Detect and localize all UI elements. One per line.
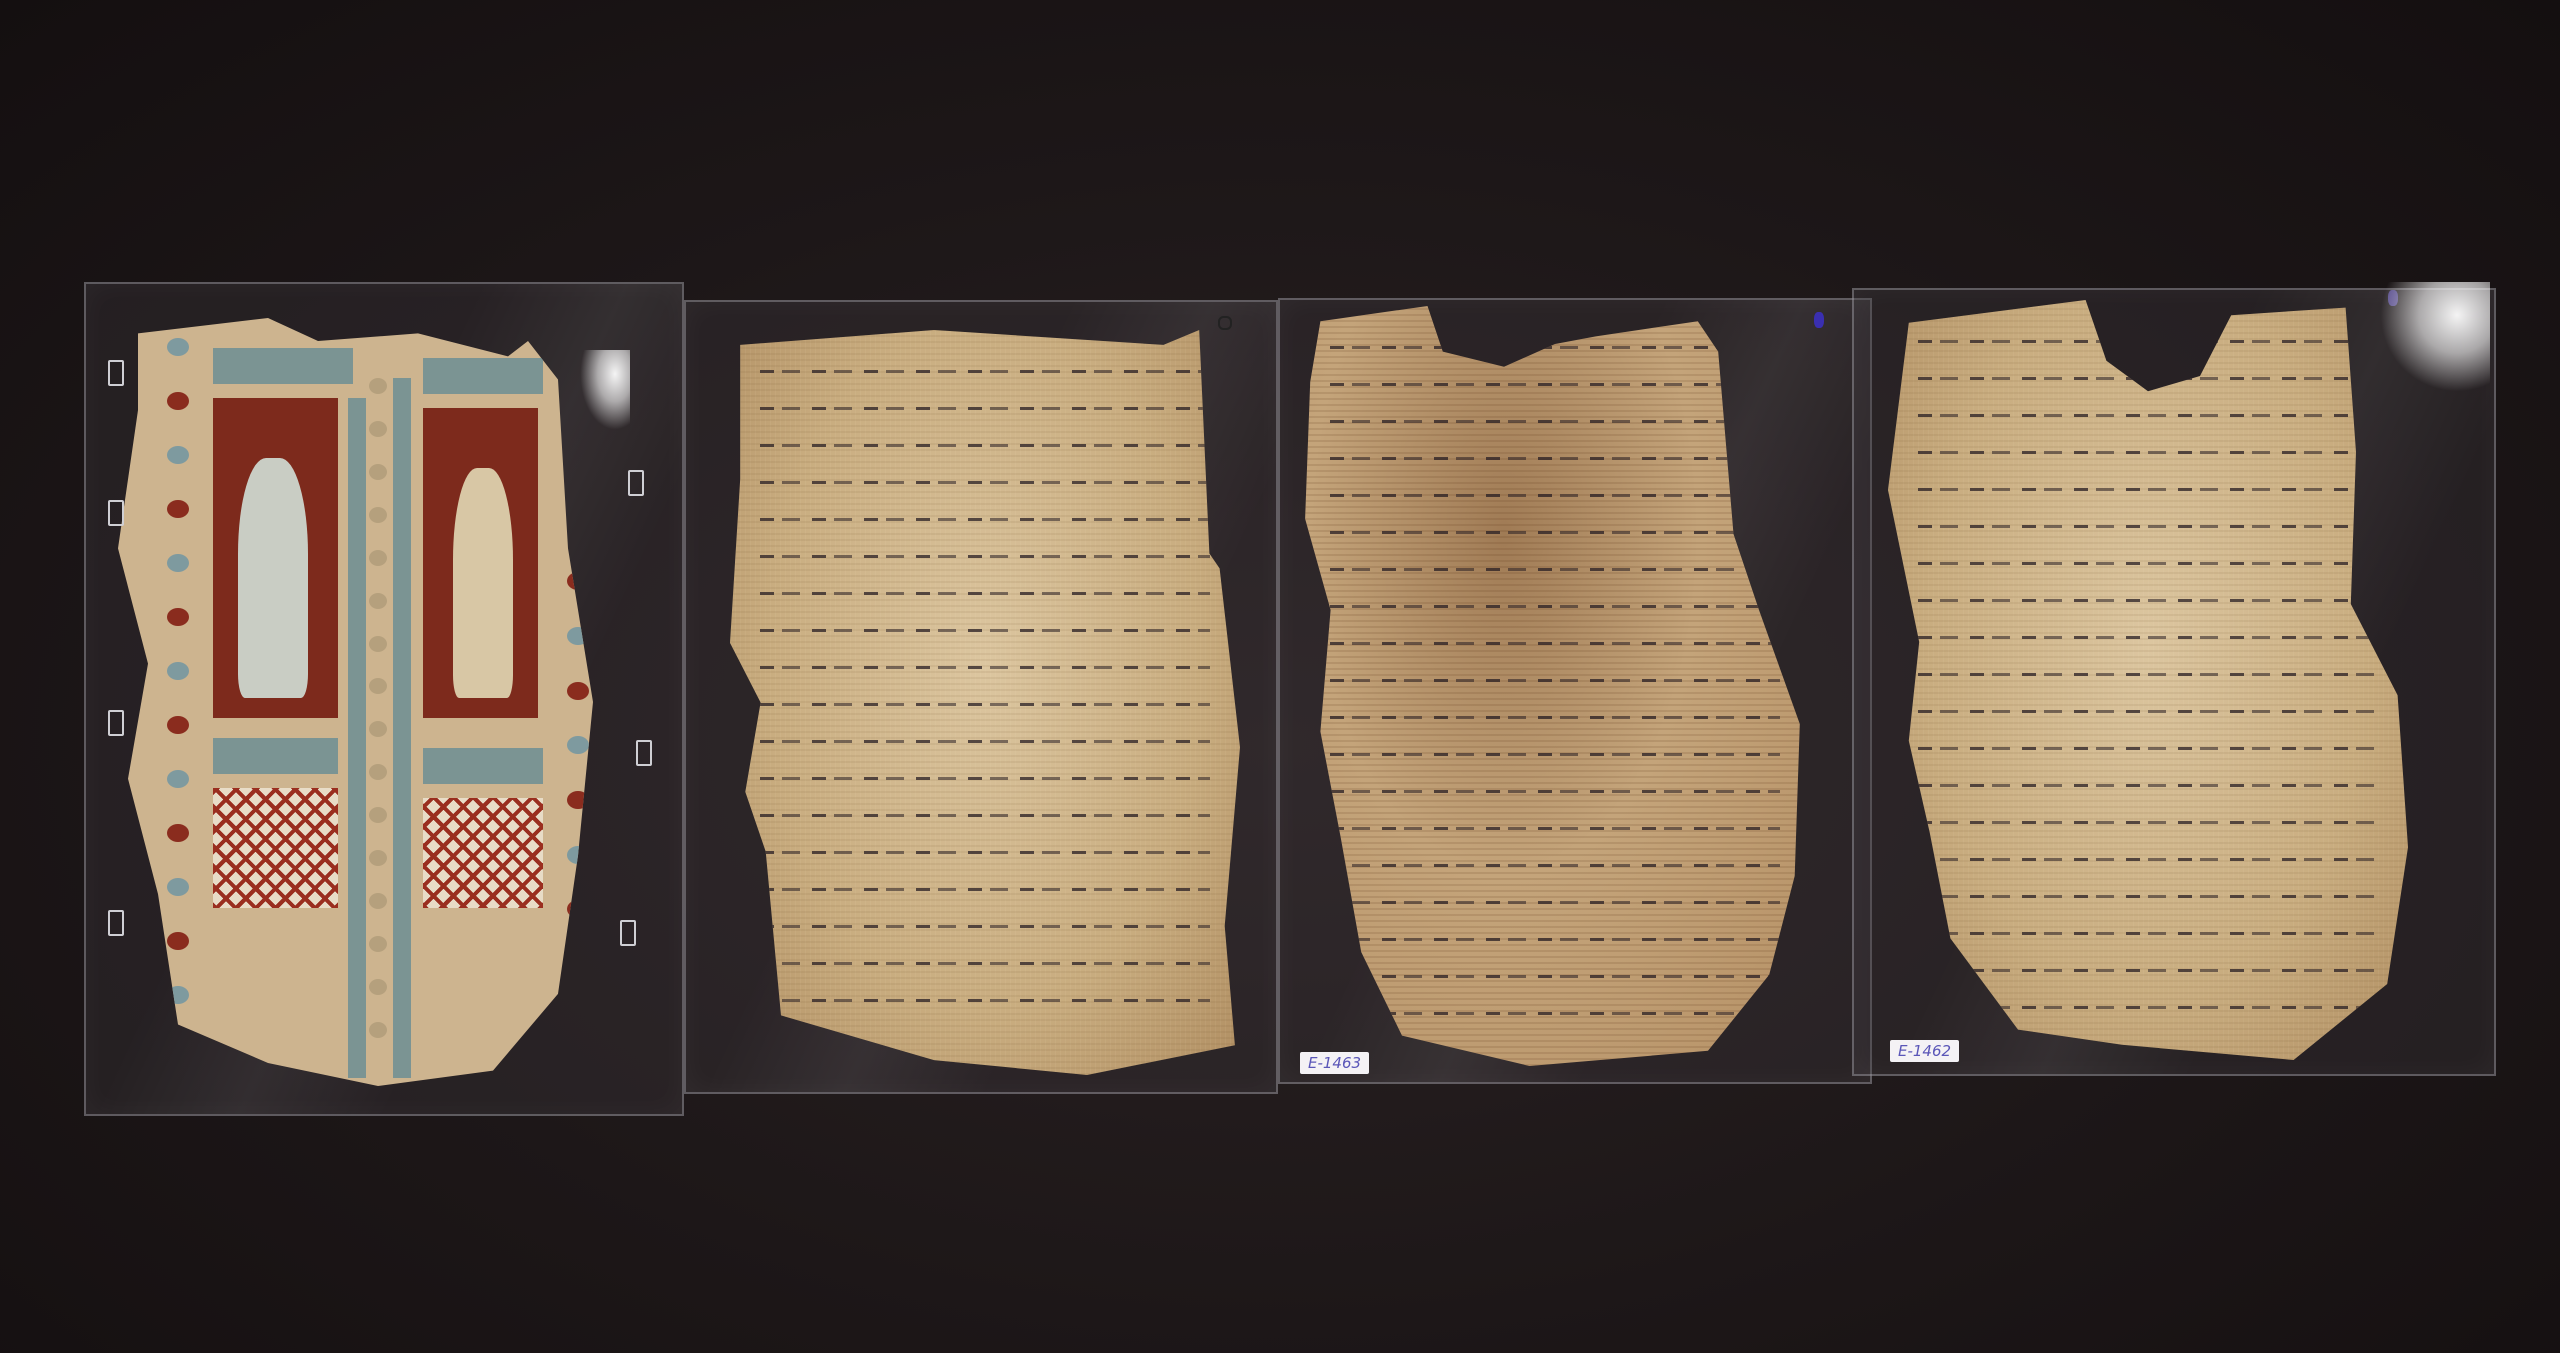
sleeve-glare: [2380, 282, 2490, 392]
top-blue-band-left: [213, 348, 353, 384]
mount-clip: [620, 920, 636, 946]
handwritten-text: [1918, 340, 2378, 1020]
handwritten-text: [1330, 346, 1780, 1026]
right-mummiform-figure: [453, 468, 513, 698]
center-blue-stripe-2: [393, 378, 411, 1078]
handwritten-text: [760, 370, 1210, 1035]
mount-clip: [108, 910, 124, 936]
ink-marker-blue: [1814, 312, 1824, 328]
accession-label-e1462: E-1462: [1890, 1040, 1959, 1062]
accession-label-e1463: E-1463: [1300, 1052, 1369, 1074]
right-net-pattern: [423, 798, 543, 908]
center-bead-column: [363, 378, 393, 1038]
painted-cartonnage-fragment: [118, 318, 618, 1086]
mount-clip: [636, 740, 652, 766]
mount-clip: [628, 470, 644, 496]
sleeve-glare: [580, 350, 630, 430]
mount-clip: [108, 710, 124, 736]
mid-blue-band-right: [423, 748, 543, 784]
mid-blue-band-left: [213, 738, 338, 774]
papyrus-fragment-1: [730, 330, 1240, 1075]
mount-clip: [108, 500, 124, 526]
mount-clip: [108, 360, 124, 386]
top-blue-band-right: [423, 358, 543, 394]
left-mummiform-figure: [238, 458, 308, 698]
left-net-pattern: [213, 788, 338, 908]
ink-marker-dark: [1218, 316, 1232, 330]
papyrus-fragment-3: [1888, 300, 2408, 1060]
